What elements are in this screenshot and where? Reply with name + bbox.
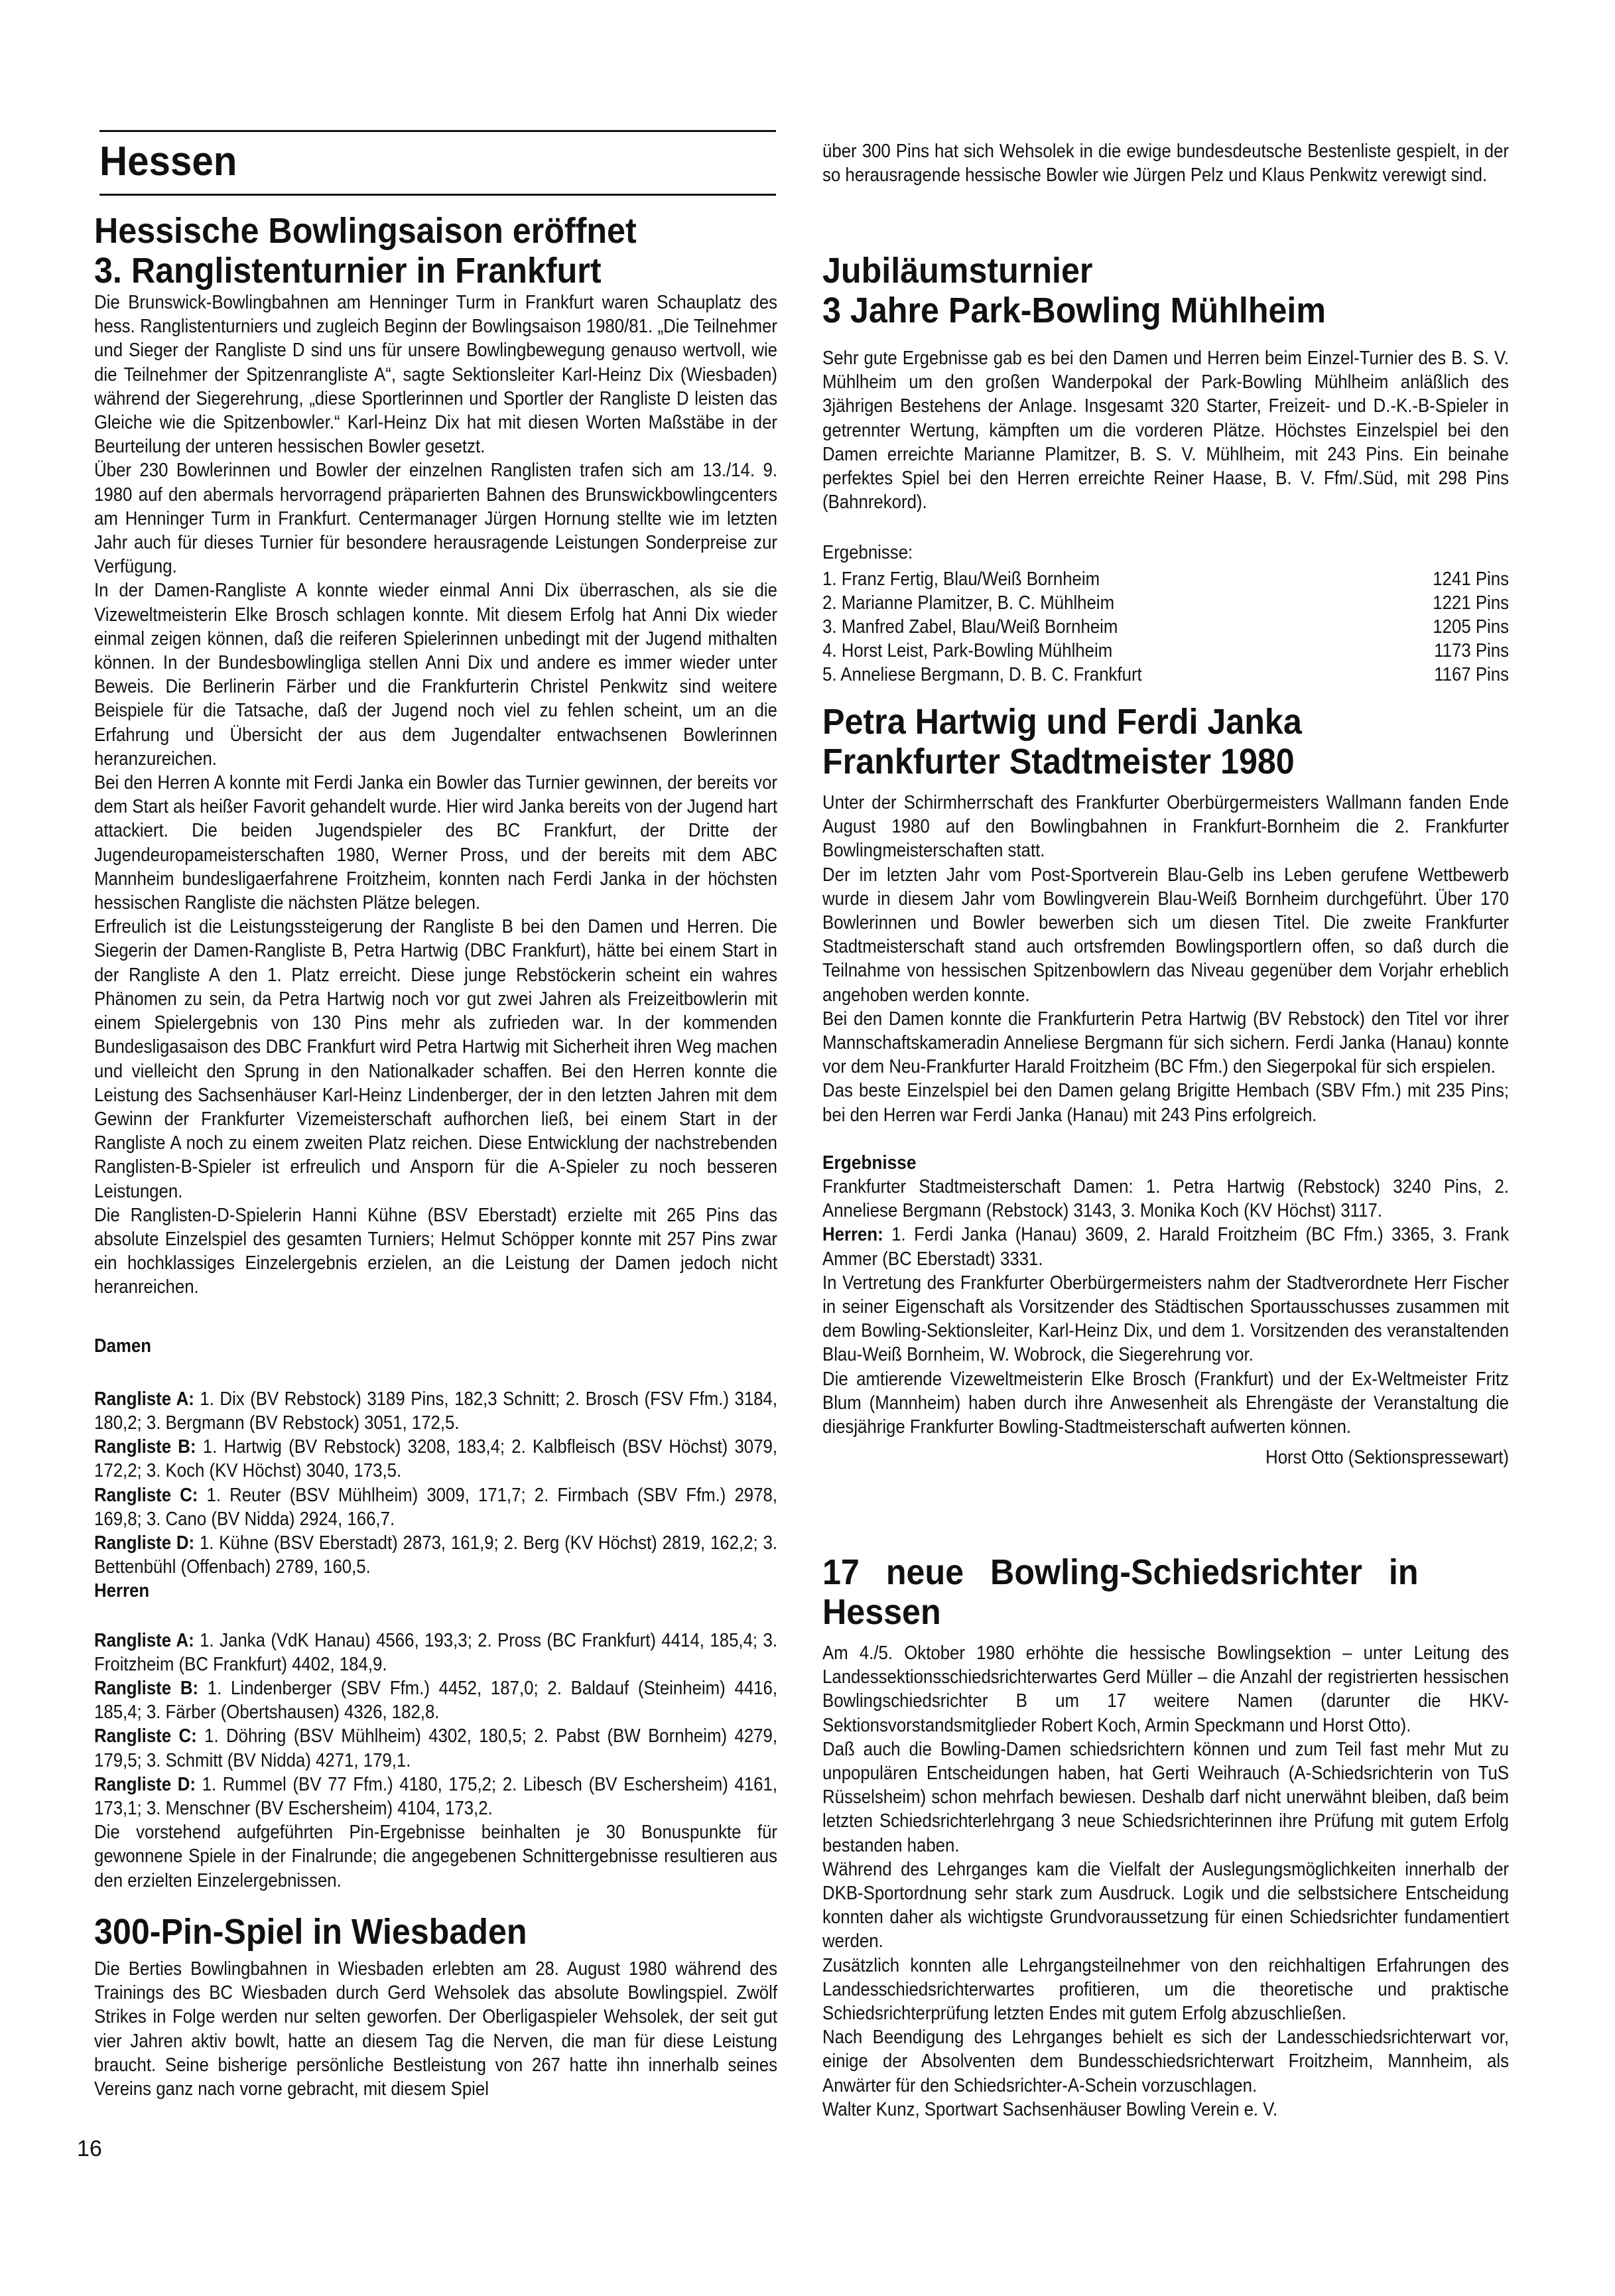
article-body: Die Brunswick-Bowlingbahnen am Henninger… — [94, 291, 777, 1893]
article-headline: Jubiläumsturnier 3 Jahre Park-Bowling Mü… — [822, 251, 1461, 330]
paragraph: Die Brunswick-Bowlingbahnen am Henninger… — [94, 291, 777, 458]
paragraph: Über 230 Bowlerinnen und Bowler der einz… — [94, 458, 777, 578]
rangliste-label: Rangliste D: — [94, 1774, 196, 1795]
headline-line-2: 3. Ranglistenturnier in Frankfurt — [94, 251, 602, 291]
paragraph: Während des Lehrganges kam die Vielfalt … — [822, 1857, 1509, 1954]
article-body: Unter der Schirmherrschaft des Frankfurt… — [822, 791, 1509, 1469]
results-label: Ergebnisse: — [822, 541, 1509, 565]
article-bowlingsaison: Hessische Bowlingsaison eröffnet 3. Rang… — [94, 211, 777, 1893]
rangliste-entry: Rangliste B: 1. Lindenberger (SBV Ffm.) … — [94, 1676, 777, 1724]
paragraph: Die Berties Bowlingbahnen in Wiesbaden e… — [94, 1957, 777, 2101]
article-headline: 17 neue Bowling-Schiedsrichter in Hessen — [822, 1552, 1461, 1632]
article-headline: Petra Hartwig und Ferdi Janka Frankfurte… — [822, 702, 1461, 781]
table-row: 2. Marianne Plamitzer, B. C. Mühlheim122… — [822, 591, 1509, 615]
rangliste-entry: Rangliste C: 1. Reuter (BSV Mühlheim) 30… — [94, 1483, 777, 1531]
paragraph: Die amtierende Vizeweltmeisterin Elke Br… — [822, 1367, 1509, 1440]
article-headline: Hessische Bowlingsaison eröffnet 3. Rang… — [94, 211, 730, 291]
headline-line-2: 3 Jahre Park-Bowling Mühlheim — [822, 291, 1326, 330]
paragraph: Nach Beendigung des Lehrganges behielt e… — [822, 2025, 1509, 2098]
table-row: 4. Horst Leist, Park-Bowling Mühlheim117… — [822, 639, 1509, 663]
article-300-pin-continued: über 300 Pins hat sich Wehsolek in die e… — [822, 139, 1509, 187]
paragraph: Das beste Einzelspiel bei den Damen gela… — [822, 1079, 1509, 1126]
table-row: 5. Anneliese Bergmann, D. B. C. Frankfur… — [822, 663, 1509, 687]
paragraph: In Vertretung des Frankfurter Oberbürger… — [822, 1271, 1509, 1367]
article-stadtmeister: Petra Hartwig und Ferdi Janka Frankfurte… — [822, 702, 1509, 1469]
article-body: über 300 Pins hat sich Wehsolek in die e… — [822, 139, 1509, 187]
paragraph: über 300 Pins hat sich Wehsolek in die e… — [822, 139, 1509, 187]
rangliste-entry: Rangliste C: 1. Döhring (BSV Mühlheim) 4… — [94, 1724, 777, 1772]
results-herren: Herren: 1. Ferdi Janka (Hanau) 3609, 2. … — [822, 1223, 1509, 1270]
page-number: 16 — [77, 2136, 102, 2162]
damen-results: Rangliste A: 1. Dix (BV Rebstock) 3189 P… — [94, 1387, 777, 1580]
rangliste-label: Rangliste A: — [94, 1388, 194, 1410]
article-body: Die Berties Bowlingbahnen in Wiesbaden e… — [94, 1957, 777, 2101]
paragraph: Der im letzten Jahr vom Post-Sportverein… — [822, 863, 1509, 1007]
article-body: Sehr gute Ergebnisse gab es bei den Dame… — [822, 346, 1509, 514]
table-row: 3. Manfred Zabel, Blau/Weiß Bornheim1205… — [822, 615, 1509, 639]
paragraph: Zusätzlich konnten alle Lehrgangsteilneh… — [822, 1954, 1509, 2026]
article-schiedsrichter: 17 neue Bowling-Schiedsrichter in Hessen… — [822, 1552, 1509, 2122]
article-headline: 300-Pin-Spiel in Wiesbaden — [94, 1912, 730, 1952]
headline-line-2: Frankfurter Stadtmeister 1980 — [822, 742, 1295, 781]
paragraph: Daß auch die Bowling-Damen schiedsrichte… — [822, 1737, 1509, 1857]
paragraph: Bei den Damen konnte die Frankfurterin P… — [822, 1007, 1509, 1079]
headline-line-1: Hessische Bowlingsaison eröffnet — [94, 211, 637, 251]
author-signature: Walter Kunz, Sportwart Sachsenhäuser Bow… — [822, 2098, 1509, 2122]
paragraph: Die Ranglisten-D-Spielerin Hanni Kühne (… — [94, 1203, 777, 1300]
article-body: Am 4./5. Oktober 1980 erhöhte die hessis… — [822, 1641, 1509, 2122]
rangliste-entry: Rangliste D: 1. Rummel (BV 77 Ffm.) 4180… — [94, 1773, 777, 1820]
rangliste-label: Rangliste B: — [94, 1436, 196, 1457]
paragraph: Sehr gute Ergebnisse gab es bei den Dame… — [822, 346, 1509, 514]
rangliste-entry: Rangliste D: 1. Kühne (BSV Eberstadt) 28… — [94, 1531, 777, 1579]
headline-line-1: 17 neue Bowling-Schiedsrichter in — [822, 1552, 1419, 1592]
rangliste-label: Rangliste C: — [94, 1485, 198, 1506]
header-rule-top — [99, 130, 776, 132]
headline-line-1: Petra Hartwig und Ferdi Janka — [822, 702, 1302, 742]
rangliste-label: Rangliste B: — [94, 1678, 198, 1699]
rangliste-entry: Rangliste B: 1. Hartwig (BV Rebstock) 32… — [94, 1435, 777, 1483]
results-heading: Ergebnisse — [822, 1151, 1509, 1175]
section-title: Hessen — [99, 138, 237, 185]
paragraph: Erfreulich ist die Leistungssteigerung d… — [94, 915, 777, 1203]
rangliste-label: Rangliste C: — [94, 1725, 197, 1747]
results-table: 1. Franz Fertig, Blau/Weiß Bornheim1241 … — [822, 567, 1509, 687]
rangliste-label: Rangliste A: — [94, 1630, 194, 1651]
herren-results: Rangliste A: 1. Janka (VdK Hanau) 4566, … — [94, 1629, 777, 1821]
results-damen: Frankfurter Stadtmeisterschaft Damen: 1.… — [822, 1175, 1509, 1223]
rangliste-entry: Rangliste A: 1. Dix (BV Rebstock) 3189 P… — [94, 1387, 777, 1435]
paragraph: Bei den Herren A konnte mit Ferdi Janka … — [94, 771, 777, 915]
author-signature: Horst Otto (Sektionspressewart) — [822, 1446, 1509, 1469]
damen-heading: Damen — [94, 1334, 777, 1358]
headline-line-1: Jubiläumsturnier — [822, 251, 1092, 291]
article-300-pin: 300-Pin-Spiel in Wiesbaden Die Berties B… — [94, 1912, 777, 2101]
results-list: Ergebnisse: 1. Franz Fertig, Blau/Weiß B… — [822, 541, 1509, 687]
article-jubilaeumsturnier: Jubiläumsturnier 3 Jahre Park-Bowling Mü… — [822, 251, 1509, 687]
header-rule-bottom — [99, 194, 776, 196]
rangliste-label: Rangliste D: — [94, 1532, 194, 1554]
paragraph: Am 4./5. Oktober 1980 erhöhte die hessis… — [822, 1641, 1509, 1737]
herren-heading: Herren — [94, 1579, 777, 1603]
headline-line-2: Hessen — [822, 1592, 941, 1632]
paragraph: In der Damen-Rangliste A konnte wieder e… — [94, 578, 777, 771]
rangliste-entry: Rangliste A: 1. Janka (VdK Hanau) 4566, … — [94, 1629, 777, 1676]
results-footnote: Die vorstehend aufgeführten Pin-Ergebnis… — [94, 1820, 777, 1893]
paragraph: Unter der Schirmherrschaft des Frankfurt… — [822, 791, 1509, 863]
table-row: 1. Franz Fertig, Blau/Weiß Bornheim1241 … — [822, 567, 1509, 591]
